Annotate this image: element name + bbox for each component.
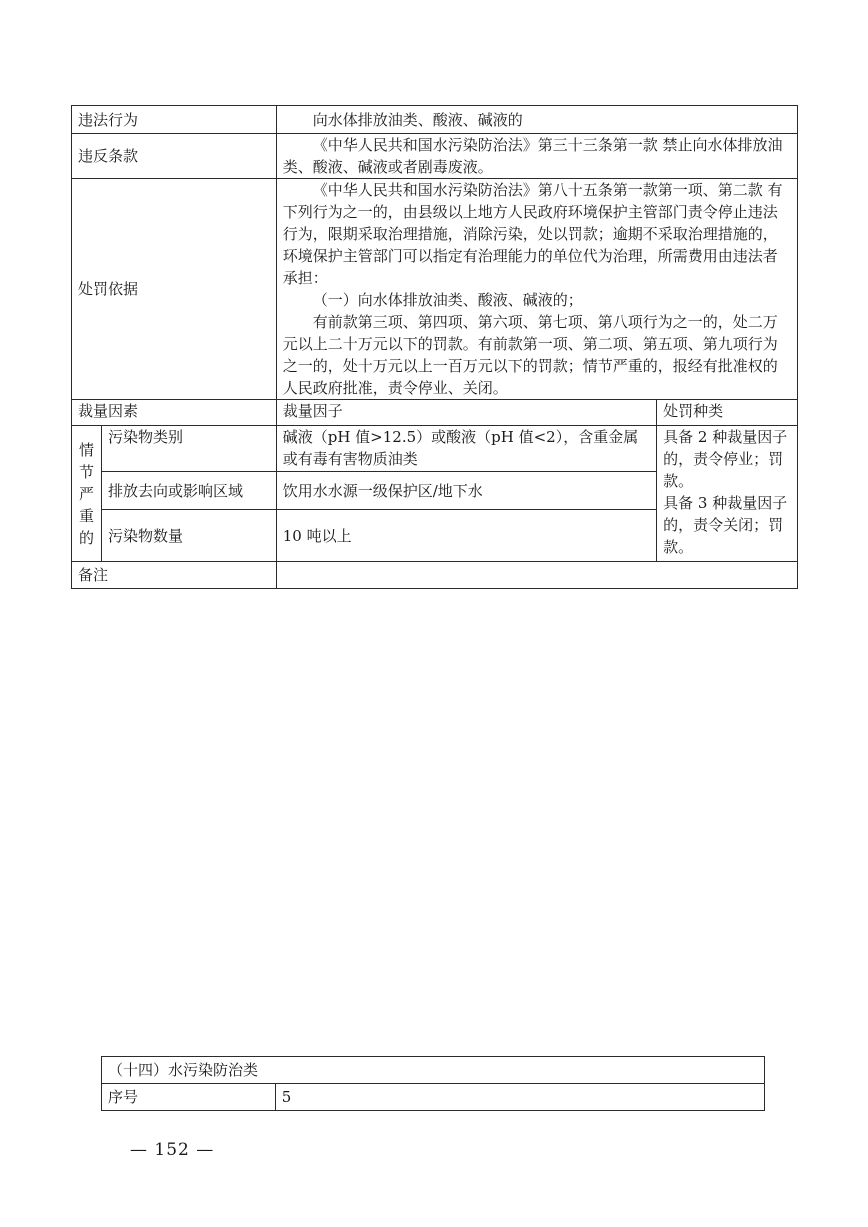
factor-discharge-area: 排放去向或影响区域	[101, 472, 276, 510]
penalty-basis-label: 处罚依据	[72, 179, 277, 400]
factor-pollutant-quantity: 污染物数量	[101, 510, 276, 562]
violation-behavior-label: 违法行为	[72, 106, 277, 134]
header-penalty-type: 处罚种类	[657, 400, 798, 426]
serial-label: 序号	[102, 1084, 276, 1111]
penalty-basis-paragraph: （一）向水体排放油类、酸液、碱液的；	[283, 289, 791, 311]
detail-pollutant-type: 碱液（pH 值>12.5）或酸液（pH 值<2），含重金属或有毒有害物质油类	[276, 426, 656, 472]
label-char: 的	[76, 527, 97, 549]
section-title: （十四）水污染防治类	[102, 1057, 765, 1084]
penalty-basis-paragraph: 有前款第三项、第四项、第六项、第七项、第八项行为之一的，处二万元以上二十万元以下…	[283, 311, 791, 399]
label-char: 情	[76, 439, 97, 461]
header-factor: 裁量因素	[72, 400, 277, 426]
factor-pollutant-type: 污染物类别	[101, 426, 276, 472]
row-violation-behavior: 违法行为 向水体排放油类、酸液、碱液的	[72, 106, 798, 134]
row-violated-clause: 违反条款 《中华人民共和国水污染防治法》第三十三条第一款 禁止向水体排放油类、酸…	[72, 134, 798, 179]
detail-pollutant-quantity: 10 吨以上	[276, 510, 656, 562]
row-section-title: （十四）水污染防治类	[102, 1057, 765, 1084]
remarks-value	[276, 562, 797, 589]
violation-behavior-value: 向水体排放油类、酸液、碱液的	[276, 106, 797, 134]
row-serial: 序号 5	[102, 1084, 765, 1111]
row-penalty-basis: 处罚依据 《中华人民共和国水污染防治法》第八十五条第一款第一项、第二款 有下列行…	[72, 179, 798, 400]
page-number: — 152 —	[130, 1140, 214, 1160]
document-page: 违法行为 向水体排放油类、酸液、碱液的 违反条款 《中华人民共和国水污染防治法》…	[0, 0, 868, 1227]
next-section-table: （十四）水污染防治类 序号 5	[101, 1056, 765, 1111]
label-char: 重	[76, 505, 97, 527]
severe-circumstance-label: 情 节 严 重 的	[72, 426, 102, 562]
penalty-table: 违法行为 向水体排放油类、酸液、碱液的 违反条款 《中华人民共和国水污染防治法》…	[71, 105, 798, 589]
label-char: 严	[76, 483, 97, 505]
violated-clause-value: 《中华人民共和国水污染防治法》第三十三条第一款 禁止向水体排放油类、酸液、碱液或…	[276, 134, 797, 179]
serial-value: 5	[275, 1084, 764, 1111]
detail-discharge-area: 饮用水水源一级保护区/地下水	[276, 472, 656, 510]
penalty-line: 具备 3 种裁量因子的，责令关闭；罚款。	[663, 492, 791, 558]
penalty-type-value: 具备 2 种裁量因子的，责令停业；罚款。 具备 3 种裁量因子的，责令关闭；罚款…	[657, 426, 798, 562]
label-char: 节	[76, 461, 97, 483]
row-headers: 裁量因素 裁量因子 处罚种类	[72, 400, 798, 426]
penalty-basis-paragraph: 《中华人民共和国水污染防治法》第八十五条第一款第一项、第二款 有下列行为之一的，…	[283, 179, 791, 289]
remarks-label: 备注	[72, 562, 277, 589]
penalty-basis-value: 《中华人民共和国水污染防治法》第八十五条第一款第一项、第二款 有下列行为之一的，…	[276, 179, 797, 400]
row-remarks: 备注	[72, 562, 798, 589]
violated-clause-label: 违反条款	[72, 134, 277, 179]
penalty-line: 具备 2 种裁量因子的，责令停业；罚款。	[663, 426, 791, 492]
header-factor-detail: 裁量因子	[276, 400, 656, 426]
row-severe-1: 情 节 严 重 的 污染物类别 碱液（pH 值>12.5）或酸液（pH 值<2）…	[72, 426, 798, 472]
